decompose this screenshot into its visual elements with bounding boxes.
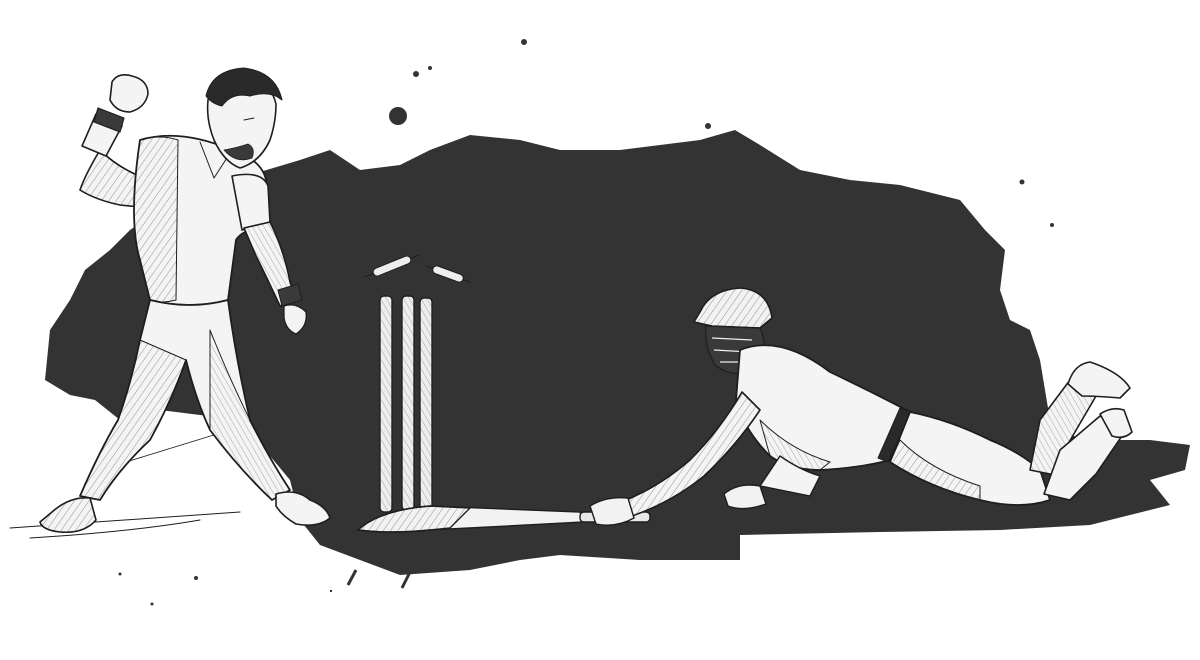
cricket-illustration	[0, 0, 1200, 660]
wicket-stumps	[380, 296, 432, 512]
